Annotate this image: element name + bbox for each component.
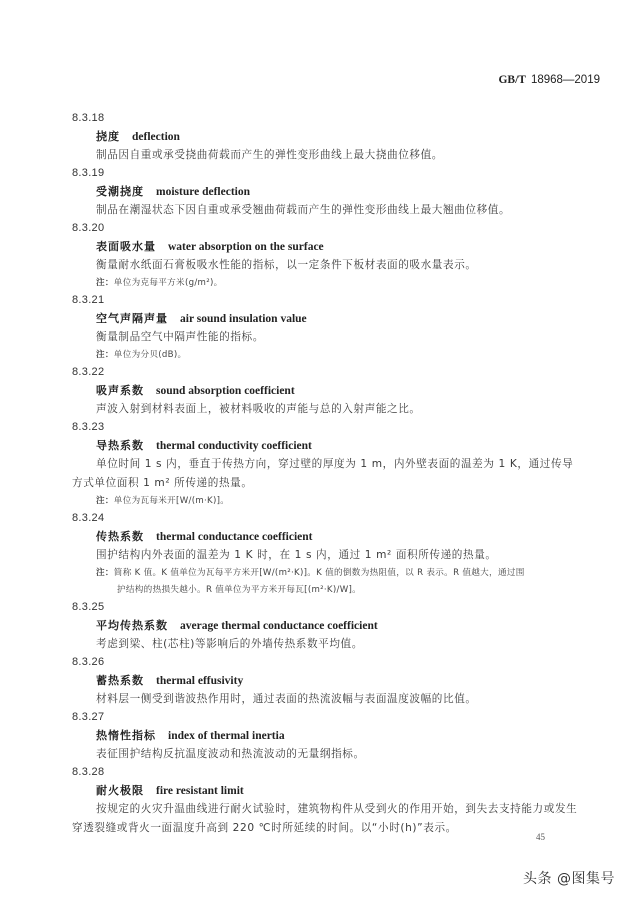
term-en: average thermal conductance coefficient xyxy=(180,620,378,632)
term-en: thermal conductivity coefficient xyxy=(156,440,312,452)
note-label: 注： xyxy=(96,496,114,506)
term-en: thermal effusivity xyxy=(156,675,243,687)
term-definition: 表征围护结构反抗温度波动和热流波动的无量纲指标。 xyxy=(72,745,582,764)
document-body: 8.3.18 挠度deflection 制品因自重或承受挠曲荷载而产生的弹性变形… xyxy=(72,110,582,838)
term-en: index of thermal inertia xyxy=(168,730,285,742)
clause-8-3-26: 8.3.26 蓄热系数thermal effusivity 材料层一侧受到谐波热… xyxy=(72,654,582,709)
term-note: 注：简称 K 值。K 值单位为瓦每平方米开[W/(m²·K)]。K 值的倒数为热… xyxy=(72,565,582,582)
term-heading: 吸声系数sound absorption coefficient xyxy=(72,381,582,400)
note-text: 单位为克每平方米(g/m²)。 xyxy=(114,278,223,288)
term-cn: 蓄热系数 xyxy=(96,674,144,687)
watermark: 头条 @图集号 xyxy=(523,868,615,888)
clause-number: 8.3.19 xyxy=(72,165,582,182)
term-definition: 材料层一侧受到谐波热作用时，通过表面的热流波幅与表面温度波幅的比值。 xyxy=(72,690,582,709)
note-label: 注： xyxy=(96,568,114,578)
term-definition: 制品因自重或承受挠曲荷载而产生的弹性变形曲线上最大挠曲位移值。 xyxy=(72,146,582,165)
page-number: 45 xyxy=(536,832,545,842)
clause-number: 8.3.22 xyxy=(72,364,582,381)
term-cn: 平均传热系数 xyxy=(96,619,168,632)
note-text: 单位为瓦每米开[W/(m·K)]。 xyxy=(114,496,229,506)
clause-8-3-18: 8.3.18 挠度deflection 制品因自重或承受挠曲荷载而产生的弹性变形… xyxy=(72,110,582,165)
clause-8-3-23: 8.3.23 导热系数thermal conductivity coeffici… xyxy=(72,419,582,510)
clause-number: 8.3.24 xyxy=(72,510,582,527)
term-definition: 制品在潮湿状态下因自重或承受翘曲荷载而产生的弹性变形曲线上最大翘曲位移值。 xyxy=(72,201,582,220)
clause-8-3-21: 8.3.21 空气声隔声量air sound insulation value … xyxy=(72,292,582,364)
note-label: 注： xyxy=(96,350,114,360)
term-heading: 空气声隔声量air sound insulation value xyxy=(72,309,582,328)
term-heading: 蓄热系数thermal effusivity xyxy=(72,671,582,690)
term-cn: 导热系数 xyxy=(96,439,144,452)
clause-8-3-22: 8.3.22 吸声系数sound absorption coefficient … xyxy=(72,364,582,419)
clause-number: 8.3.25 xyxy=(72,599,582,616)
term-heading: 传热系数thermal conductance coefficient xyxy=(72,527,582,546)
clause-number: 8.3.23 xyxy=(72,419,582,436)
term-cn: 表面吸水量 xyxy=(96,240,156,253)
clause-number: 8.3.27 xyxy=(72,709,582,726)
clause-number: 8.3.28 xyxy=(72,764,582,781)
standard-prefix: GB/T xyxy=(498,74,525,86)
term-cn: 挠度 xyxy=(96,130,120,143)
note-text: 简称 K 值。K 值单位为瓦每平方米开[W/(m²·K)]。K 值的倒数为热阻值… xyxy=(114,568,525,578)
clause-number: 8.3.20 xyxy=(72,220,582,237)
clause-8-3-27: 8.3.27 热惰性指标index of thermal inertia 表征围… xyxy=(72,709,582,764)
term-definition: 单位时间 1 s 内，垂直于传热方向，穿过壁的厚度为 1 m，内外壁表面的温差为… xyxy=(72,455,582,493)
standard-number: 18968—2019 xyxy=(531,74,600,86)
term-heading: 表面吸水量water absorption on the surface xyxy=(72,237,582,256)
term-cn: 受潮挠度 xyxy=(96,185,144,198)
term-heading: 耐火极限fire resistant limit xyxy=(72,781,582,800)
term-en: water absorption on the surface xyxy=(168,241,324,253)
clause-number: 8.3.21 xyxy=(72,292,582,309)
term-note: 注：单位为克每平方米(g/m²)。 xyxy=(72,275,582,292)
term-cn: 热惰性指标 xyxy=(96,729,156,742)
term-cn: 吸声系数 xyxy=(96,384,144,397)
term-en: fire resistant limit xyxy=(156,785,244,797)
term-en: sound absorption coefficient xyxy=(156,385,295,397)
term-cn: 传热系数 xyxy=(96,530,144,543)
term-definition: 围护结构内外表面的温差为 1 K 时，在 1 s 内，通过 1 m² 面积所传递… xyxy=(72,546,582,565)
clause-8-3-20: 8.3.20 表面吸水量water absorption on the surf… xyxy=(72,220,582,292)
term-definition: 考虑到梁、柱(芯柱)等影响后的外墙传热系数平均值。 xyxy=(72,635,582,654)
term-heading: 热惰性指标index of thermal inertia xyxy=(72,726,582,745)
term-definition: 衡量制品空气中隔声性能的指标。 xyxy=(72,328,582,347)
clause-8-3-19: 8.3.19 受潮挠度moisture deflection 制品在潮湿状态下因… xyxy=(72,165,582,220)
note-label: 注： xyxy=(96,278,114,288)
term-definition: 衡量耐水纸面石膏板吸水性能的指标，以一定条件下板材表面的吸水量表示。 xyxy=(72,256,582,275)
term-cn: 耐火极限 xyxy=(96,784,144,797)
term-definition: 声波入射到材料表面上，被材料吸收的声能与总的入射声能之比。 xyxy=(72,400,582,419)
term-heading: 受潮挠度moisture deflection xyxy=(72,182,582,201)
term-note-continuation: 护结构的热损失越小。R 值单位为平方米开每瓦[(m²·K)/W]。 xyxy=(72,582,582,599)
term-en: deflection xyxy=(132,131,180,143)
term-definition: 按规定的火灾升温曲线进行耐火试验时，建筑物构件从受到火的作用开始，到失去支持能力… xyxy=(72,800,582,838)
clause-8-3-25: 8.3.25 平均传热系数average thermal conductance… xyxy=(72,599,582,654)
clause-number: 8.3.26 xyxy=(72,654,582,671)
note-text: 单位为分贝(dB)。 xyxy=(114,350,187,360)
clause-8-3-28: 8.3.28 耐火极限fire resistant limit 按规定的火灾升温… xyxy=(72,764,582,838)
clause-number: 8.3.18 xyxy=(72,110,582,127)
term-heading: 挠度deflection xyxy=(72,127,582,146)
term-heading: 导热系数thermal conductivity coefficient xyxy=(72,436,582,455)
term-heading: 平均传热系数average thermal conductance coeffi… xyxy=(72,616,582,635)
term-note: 注：单位为瓦每米开[W/(m·K)]。 xyxy=(72,493,582,510)
term-en: air sound insulation value xyxy=(180,313,307,325)
clause-8-3-24: 8.3.24 传热系数thermal conductance coefficie… xyxy=(72,510,582,599)
term-en: thermal conductance coefficient xyxy=(156,531,312,543)
standard-header: GB/T18968—2019 xyxy=(498,74,600,86)
term-cn: 空气声隔声量 xyxy=(96,312,168,325)
term-en: moisture deflection xyxy=(156,186,250,198)
term-note: 注：单位为分贝(dB)。 xyxy=(72,347,582,364)
